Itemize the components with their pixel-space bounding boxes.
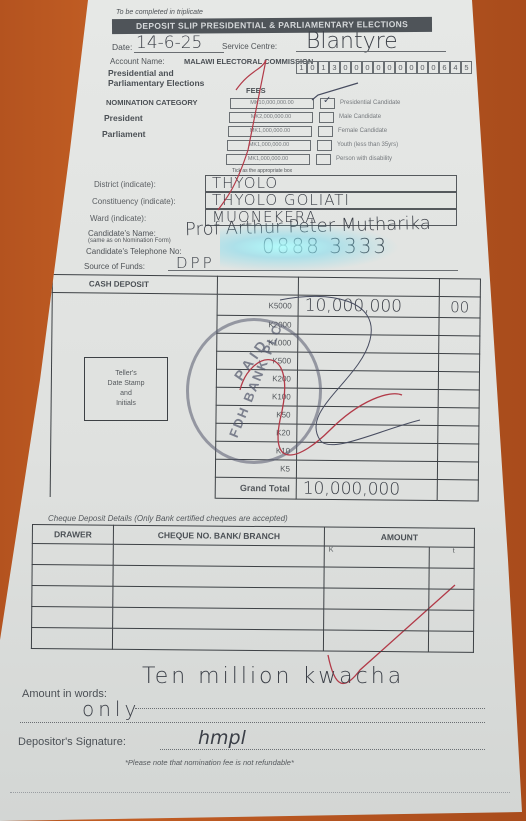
cheque-number-cell[interactable] (112, 628, 323, 651)
cheque-number-cell[interactable] (113, 586, 324, 609)
amount-in-words-line1[interactable]: Ten million kwacha (142, 664, 404, 689)
cheque-section-heading: Cheque Deposit Details (Only Bank certif… (48, 514, 288, 523)
depositor-signature[interactable]: hmpl (198, 727, 246, 749)
signature-label: Depositor's Signature: (18, 736, 126, 748)
cheque-number-cell[interactable] (113, 565, 324, 588)
column-header-drawer: DRAWER (32, 525, 113, 545)
cheque-tambala-cell[interactable] (429, 610, 474, 631)
cheque-kwacha-cell[interactable] (324, 567, 429, 589)
column-header-amount: AMOUNT (324, 527, 474, 547)
signature-dotline (160, 749, 485, 750)
cheque-tambala-cell[interactable] (428, 631, 473, 652)
cheque-kwacha-cell[interactable] (323, 630, 428, 652)
cheque-number-cell[interactable] (113, 544, 324, 567)
column-header-cheque-no: CHEQUE NO. BANK/ BRANCH (113, 525, 324, 546)
cheque-drawer-cell[interactable] (32, 565, 113, 587)
cheque-section: DRAWER CHEQUE NO. BANK/ BRANCH AMOUNT Kt (31, 524, 475, 653)
cheque-drawer-cell[interactable] (31, 628, 112, 650)
perforation-line (10, 792, 510, 793)
cheque-number-cell[interactable] (113, 607, 324, 630)
cheque-drawer-cell[interactable] (32, 544, 113, 566)
non-refundable-note: *Please note that nomination fee is not … (125, 758, 294, 767)
cheque-drawer-cell[interactable] (32, 586, 113, 608)
amount-words-dotline-1 (135, 708, 485, 709)
cheque-kwacha-cell[interactable] (324, 588, 429, 610)
cheque-row (31, 628, 473, 653)
cheque-drawer-cell[interactable] (32, 607, 113, 629)
cheque-deposit-table: DRAWER CHEQUE NO. BANK/ BRANCH AMOUNT Kt (31, 524, 475, 653)
cheque-tambala-cell[interactable] (429, 568, 474, 589)
cheque-tambala-cell[interactable] (429, 589, 474, 610)
cheque-kwacha-cell[interactable]: K (324, 546, 429, 568)
cheque-kwacha-cell[interactable] (324, 609, 429, 631)
amount-words-dotline-2 (20, 722, 485, 723)
cheque-tambala-cell[interactable]: t (429, 547, 474, 568)
amount-in-words-line2[interactable]: only (82, 697, 140, 721)
deposit-slip: To be completed in triplicate DEPOSIT SL… (0, 0, 526, 821)
